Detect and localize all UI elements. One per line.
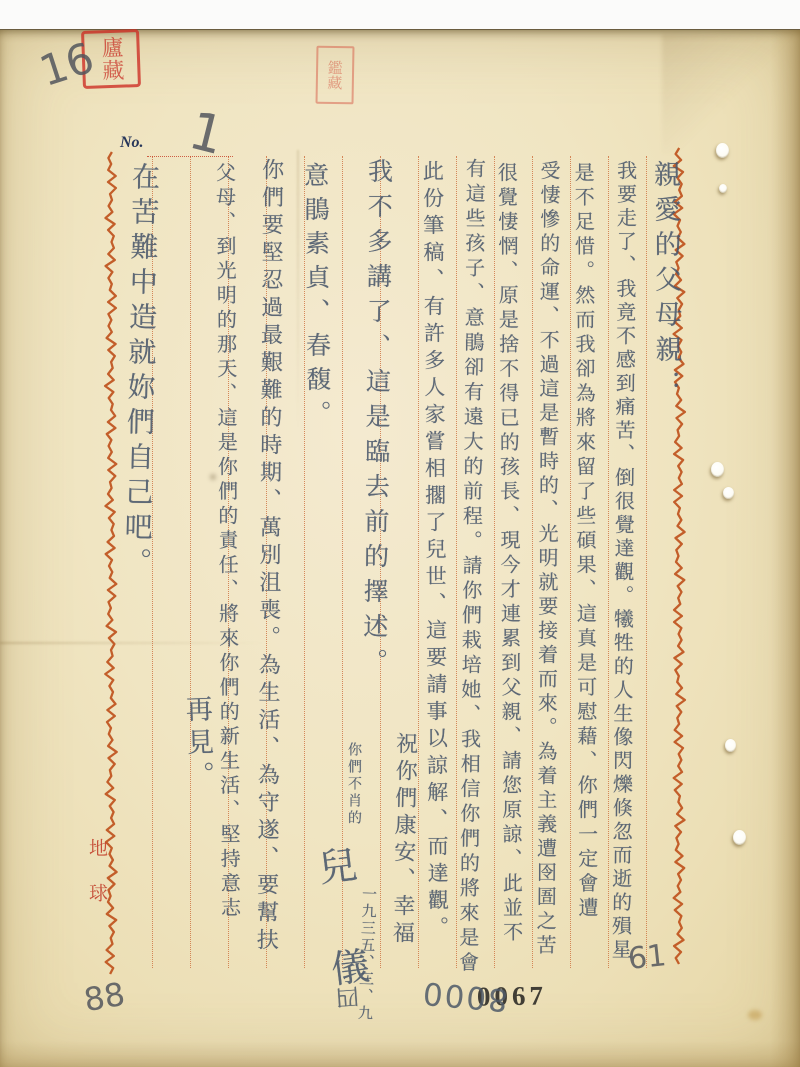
paper-hole bbox=[733, 830, 746, 845]
pencil-page-number-left: 88 bbox=[81, 975, 128, 1019]
paper-edge-shadow-bottom bbox=[0, 1041, 800, 1067]
letter-column-7: 此份筆稿、有許多人家嘗相擱了兒世、這要請事以諒解、而達觀。 bbox=[417, 160, 452, 943]
letter-column-13: 再見。 bbox=[176, 694, 218, 794]
paper-hole bbox=[716, 143, 729, 158]
letter-column-4: 受悽慘的命運、不過這是暫時的、光明就要接着而來。為着主義遭囹圄之苦 bbox=[531, 160, 564, 959]
handwritten-inverted-serial: 8000 bbox=[420, 974, 510, 1017]
paper-edge-shadow-right bbox=[770, 30, 800, 1067]
paper-stain bbox=[748, 1010, 762, 1020]
paper-hole bbox=[723, 487, 734, 499]
handwritten-inverted-character: 四 bbox=[332, 985, 367, 1010]
paper-crease bbox=[662, 34, 792, 154]
letter-column-3: 是不足惜。然而我卻為將來留了些碩果、這真是可慰藉、你們一定會遭 bbox=[569, 162, 602, 922]
letter-column-10: 你們要堅忍過最艱難的時期、萬別沮喪。為生活、為守遂、要幫扶 bbox=[250, 158, 287, 956]
no-field-label: No. bbox=[120, 134, 144, 152]
paper-hole bbox=[711, 462, 724, 477]
ink-spot bbox=[210, 474, 216, 480]
letter-column-11: 父母、到光明的那天、這是你們的責任、將來你們的新生活、堅持意志 bbox=[210, 162, 244, 922]
stationery-brand-mark: 地球 bbox=[84, 838, 111, 928]
letter-column-5: 很覺悽惘、原是捨不得已的孩長、現今才連累到父親、請您原諒、此並不 bbox=[492, 162, 526, 946]
letter-column-8: 我不多講了、這是臨去前的擇述。 bbox=[355, 158, 396, 683]
ruling-line bbox=[190, 156, 191, 968]
letter-column-1: 親愛的父母親： bbox=[645, 160, 686, 405]
paper-hole bbox=[725, 739, 736, 752]
red-seal-stamp-faint: 鑑藏 bbox=[315, 46, 354, 105]
scanned-letter-page: 廬藏 鑑藏 地球 No. 1 16 88 61 親愛的父母親：我要走了、我竟不感… bbox=[0, 0, 800, 1067]
letter-column-2: 我要走了、我竟不感到痛苦、倒很覺達觀。犧牲的人生像閃爍倏忽而逝的殞星 bbox=[606, 160, 641, 963]
closing-blessing: 祝你們康安、幸福 bbox=[386, 732, 421, 949]
letter-column-9: 意鵑素貞、春馥。 bbox=[297, 162, 336, 434]
closing-humble-note: 你們不肖的 bbox=[344, 742, 364, 827]
paper-hole bbox=[719, 184, 727, 193]
